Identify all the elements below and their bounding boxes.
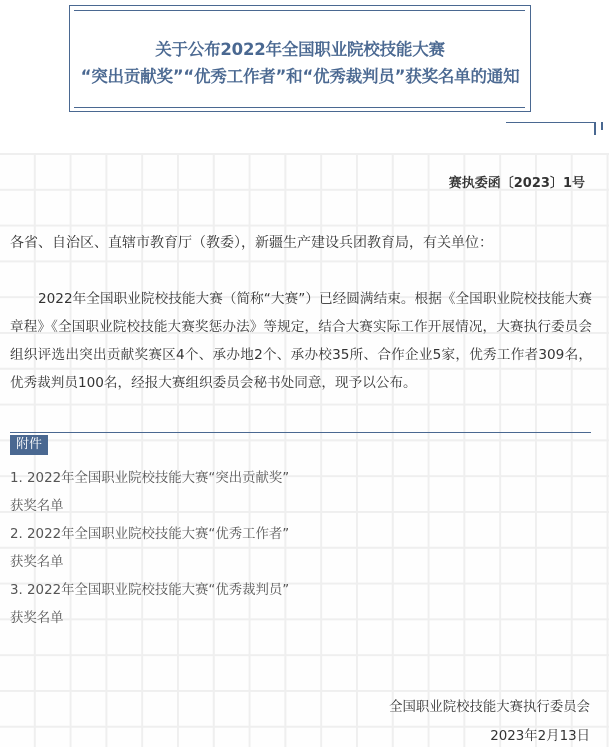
attachment-divider [10, 432, 591, 433]
attachment-item-title[interactable]: 3. 2022年全国职业院校技能大赛“优秀裁判员” [10, 577, 310, 605]
attachment-item[interactable]: 3. 2022年全国职业院校技能大赛“优秀裁判员” 获奖名单 [10, 577, 310, 633]
attachment-item[interactable]: 1. 2022年全国职业院校技能大赛“突出贡献奖” 获奖名单 [10, 465, 310, 521]
attachment-item-suffix[interactable]: 获奖名单 [10, 493, 310, 521]
attachment-list: 1. 2022年全国职业院校技能大赛“突出贡献奖” 获奖名单 2. 2022年全… [10, 465, 310, 633]
attachment-item-suffix[interactable]: 获奖名单 [10, 549, 310, 577]
title-box-inner-top-line [74, 10, 525, 11]
page-title: 关于公布2022年全国职业院校技能大赛 “突出贡献奖”“优秀工作者”和“优秀裁判… [70, 36, 530, 90]
attachment-item-title[interactable]: 1. 2022年全国职业院校技能大赛“突出贡献奖” [10, 465, 310, 493]
decorative-bar-short [601, 122, 603, 130]
attachment-item-suffix[interactable]: 获奖名单 [10, 605, 310, 633]
document-number: 赛执委函〔2023〕1号 [449, 172, 585, 191]
title-box-inner-bottom-line [74, 107, 525, 108]
attachment-label: 附件 [10, 435, 48, 455]
attachment-item-title[interactable]: 2. 2022年全国职业院校技能大赛“优秀工作者” [10, 521, 310, 549]
attachment-item[interactable]: 2. 2022年全国职业院校技能大赛“优秀工作者” 获奖名单 [10, 521, 310, 577]
decorative-bar [594, 122, 596, 135]
issuer-signature: 全国职业院校技能大赛执行委员会 [389, 696, 590, 715]
body-paragraph: 2022年全国职业院校技能大赛（简称“大赛”）已经圆满结束。根据《全国职业院校技… [10, 285, 592, 397]
issue-date: 2023年2月13日 [490, 725, 590, 744]
salutation: 各省、自治区、直辖市教育厅（教委），新疆生产建设兵团教育局，有关单位： [10, 232, 493, 252]
title-line-2: “突出贡献奖”“优秀工作者”和“优秀裁判员”获奖名单的通知 [70, 63, 530, 90]
title-line-1: 关于公布2022年全国职业院校技能大赛 [70, 36, 530, 63]
decorative-line [506, 122, 596, 123]
title-box: 关于公布2022年全国职业院校技能大赛 “突出贡献奖”“优秀工作者”和“优秀裁判… [69, 5, 531, 112]
